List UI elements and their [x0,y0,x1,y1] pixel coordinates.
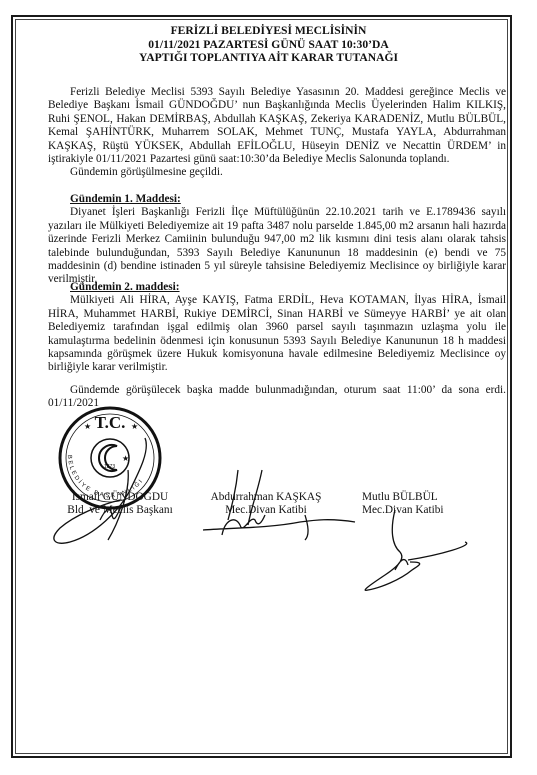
signature-1-icon [54,438,146,543]
signature-3-icon [365,510,467,590]
signature-2-icon [203,470,355,540]
signatures [0,0,537,775]
